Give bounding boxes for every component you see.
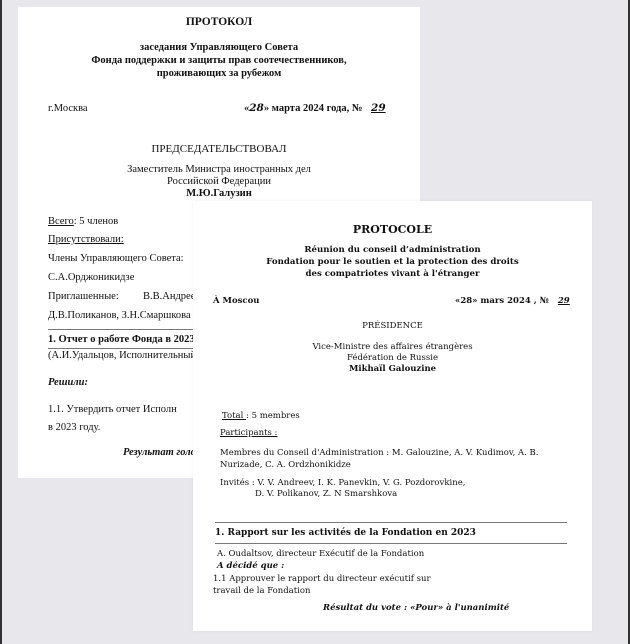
document-title: PROTOCOLE [193, 223, 592, 236]
total-label: Всего [48, 216, 74, 227]
members-line: Члены Управляющего Совета: [48, 253, 184, 264]
members-line: Nurizade, C. A. Ordzhonikidze [220, 460, 351, 470]
item-speaker: (А.И.Удальцов, Исполнительный [48, 350, 196, 361]
chaired-heading: ПРЕДСЕДАТЕЛЬСТВОВАЛ [18, 143, 420, 155]
invited-line: D. V. Polikanov, Z. N Smarshkova [255, 489, 397, 499]
divider [215, 543, 567, 544]
divider [215, 522, 567, 523]
date-text: «28» mars 2024 , № [455, 296, 549, 306]
french-translation-page: PROTOCOLE Réunion du conseil d’administr… [193, 201, 592, 631]
invited-line: Д.В.Поликанов, З.Н.Смаршкова [48, 310, 191, 321]
chair-position: Заместитель Министра иностранных дел [18, 164, 420, 175]
present-label: Присутствовали: [48, 234, 124, 245]
subtitle-line: Réunion du conseil d’administration [193, 244, 592, 256]
decision-line: travail de la Fondation [213, 586, 310, 596]
date-line: «28» mars 2024 , № 29 [455, 296, 576, 306]
chair-name: Mikhaïl Galouzine [193, 364, 592, 374]
decided-label: A décidé que : [217, 561, 284, 571]
subtitle-line: заседания Управляющего Совета [18, 41, 420, 54]
vote-result: Результат голо [123, 447, 196, 458]
decided-label: Решили: [48, 377, 88, 388]
window-border-left [0, 0, 2, 644]
subtitle-line: проживающих за рубежом [18, 67, 420, 80]
vote-result: Résultat du vote : «Pour» à l'unanimité [323, 603, 509, 613]
subtitle-line: Fondation pour le soutien et la protecti… [193, 256, 592, 268]
date-line: «28» марта 2024 года, № 29 [244, 102, 392, 114]
decision-line: 1.1. Утвердить отчет Исполн [48, 404, 177, 415]
agenda-item-heading: 1. Rapport sur les activités de la Fonda… [215, 528, 476, 538]
chair-position: Российской Федерации [18, 176, 420, 187]
city: г.Москва [48, 103, 88, 114]
decision-line: в 2023 году. [48, 422, 100, 433]
members-line: С.А.Орджоникидзе [48, 272, 134, 283]
total-label: Total [222, 411, 246, 421]
city: À Moscou [213, 296, 259, 306]
item-speaker: A. Oudaltsov, directeur Exécutif de la F… [217, 549, 424, 559]
document-title: ПРОТОКОЛ [18, 16, 420, 28]
handwritten-day: 28 [249, 102, 264, 114]
total-line: Всего: 5 членов [48, 216, 118, 227]
subtitle-line: Фонда поддержки и защиты прав соотечеств… [18, 54, 420, 67]
chair-name: М.Ю.Галузин [18, 188, 420, 199]
total-line: Total : 5 membres [222, 411, 300, 421]
subtitle-line: des compatriotes vivant à l'étranger [193, 268, 592, 280]
chair-position: Fédération de Russie [193, 353, 592, 363]
date-text: » марта 2024 года, № [264, 103, 363, 114]
invited-label: Приглашенные: [48, 291, 119, 302]
decision-line: 1.1 Approuver le rapport du directeur ex… [213, 574, 431, 584]
total-value: : 5 membres [246, 411, 300, 421]
chaired-heading: PRÉSIDENCE [193, 321, 592, 331]
divider [48, 348, 213, 349]
total-value: : 5 членов [74, 216, 118, 227]
handwritten-number: 29 [552, 296, 576, 306]
invited-first: В.В.Андреев [143, 291, 200, 302]
agenda-item-heading: 1. Отчет о работе Фонда в 2023 [48, 334, 195, 345]
participants-label: Participants : [220, 428, 277, 438]
handwritten-number: 29 [365, 102, 392, 114]
divider [48, 329, 213, 330]
members-line: Membres du Conseil d'Administration : M.… [220, 448, 539, 458]
chair-position: Vice-Ministre des affaires étrangères [193, 342, 592, 352]
invited-line: Invités : V. V. Andreev, I. K. Panevkin,… [220, 478, 465, 488]
